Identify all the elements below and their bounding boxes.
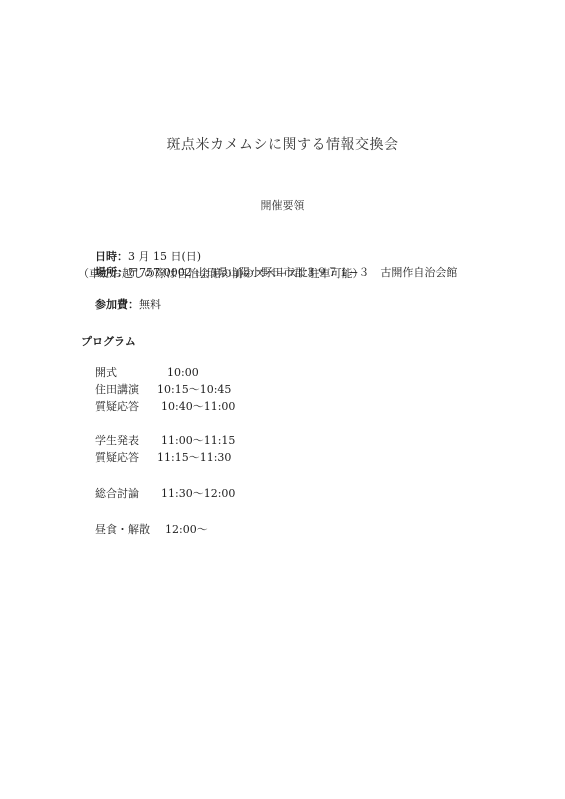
- program-item-time: 10:40〜11:00: [161, 400, 235, 413]
- fee-value: 無料: [139, 298, 161, 311]
- place-note: （車でお越しの際は自治会館の前のスペースに駐車可能）: [78, 266, 363, 281]
- fee-label: 参加費：: [95, 298, 139, 311]
- program-item: 昼食・解散12:00〜: [81, 507, 208, 552]
- program-item-time: 11:30〜12:00: [161, 487, 235, 500]
- program-item-time: 11:15〜11:30: [157, 451, 231, 464]
- program-item-time: 12:00〜: [165, 523, 208, 536]
- document-title: 斑点米カメムシに関する情報交換会: [0, 134, 565, 154]
- program-item-name: 昼食・解散: [95, 522, 165, 537]
- program-item-name: 総合討論: [95, 486, 161, 501]
- document-subtitle: 開催要領: [0, 197, 565, 213]
- program-item-name: 質疑応答: [95, 450, 157, 465]
- fee-row: 参加費：無料: [81, 282, 161, 327]
- program-heading: プログラム: [81, 334, 136, 349]
- program-item-name: 質疑応答: [95, 399, 161, 414]
